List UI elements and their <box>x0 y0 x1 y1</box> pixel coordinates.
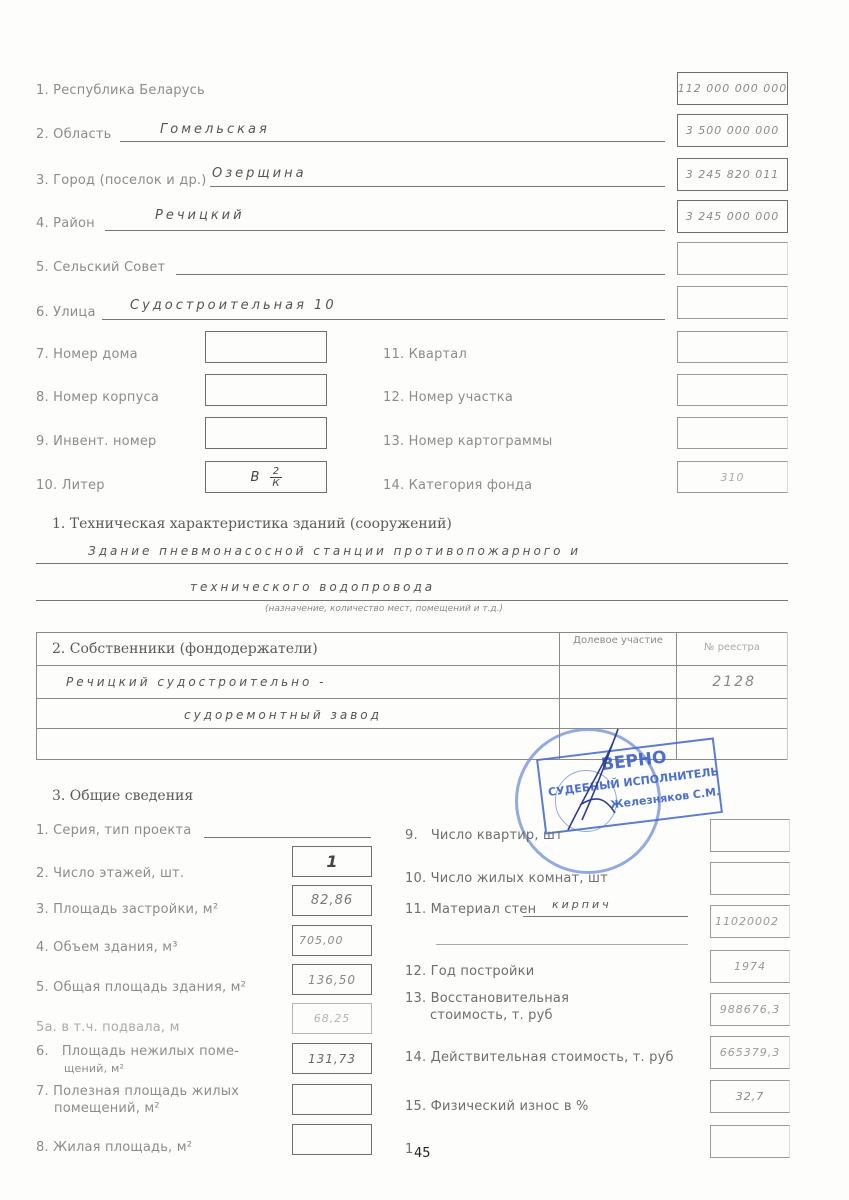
purpose-underline-2 <box>36 600 788 601</box>
wall-material-value[interactable]: кирпич <box>552 898 612 911</box>
floors-box[interactable]: 1 <box>292 846 372 877</box>
owners-table: 2. Собственники (фондодержатели) Долевое… <box>36 632 788 760</box>
field-8-label: 8. Номер корпуса <box>36 390 159 405</box>
field-5-underline[interactable] <box>176 274 665 275</box>
field-5-label: 5. Сельский Совет <box>36 260 165 275</box>
replacement-cost-box[interactable]: 988676,3 <box>710 993 790 1026</box>
series-label: 1. Серия, тип проекта <box>36 823 191 838</box>
fund-category-value: 310 <box>721 471 745 484</box>
total-area-label: 5. Общая площадь здания, м² <box>36 980 246 995</box>
field-1-code-box[interactable]: 112 000 000 000 <box>677 72 788 105</box>
purpose-caption: (назначение, количество мест, помещений … <box>265 604 503 614</box>
built-area-label: 3. Площадь застройки, м² <box>36 902 218 917</box>
building-purpose-line-1[interactable]: Здание пневмонасосной станции противопож… <box>88 544 581 558</box>
purpose-underline-1 <box>36 563 788 564</box>
inventory-number-box[interactable] <box>205 417 327 449</box>
field-4-label: 4. Район <box>36 216 95 231</box>
apartments-label: 9. Число квартир, шт <box>405 828 563 843</box>
field-5-code-box[interactable] <box>677 242 788 275</box>
section-3-title: 3. Общие сведения <box>52 788 193 804</box>
wall-material-code: 11020002 <box>715 915 779 928</box>
rooms-box[interactable] <box>710 862 790 895</box>
liter-box[interactable]: В 2 К <box>205 461 327 493</box>
field-14-label: 14. Категория фонда <box>383 478 532 493</box>
useful-living-area-label: 7. Полезная площадь жилых помещений, м² <box>36 1083 239 1117</box>
field-2-code: 3 500 000 000 <box>686 124 779 137</box>
field-10-label: 10. Литер <box>36 478 105 493</box>
field-2-underline <box>120 141 665 142</box>
nonresidential-area-box[interactable]: 131,73 <box>292 1043 372 1074</box>
field-13-label: 13. Номер картограммы <box>383 434 552 449</box>
field-4-code-box[interactable]: 3 245 000 000 <box>677 200 788 233</box>
volume-box[interactable]: 705,00 <box>292 925 372 956</box>
field-6-underline <box>102 319 665 320</box>
field-6-code-box[interactable] <box>677 286 788 319</box>
field-11-label: 11. Квартал <box>383 347 467 362</box>
field-3-code-box[interactable]: 3 245 820 011 <box>677 158 788 191</box>
field-4-value[interactable]: Речицкий <box>155 208 245 223</box>
floors-label: 2. Число этажей, шт. <box>36 866 184 881</box>
nonresidential-area-label: 6. Площадь нежилых поме- щений, м² <box>36 1043 239 1077</box>
volume-label: 4. Объем здания, м³ <box>36 940 178 955</box>
field-3-code: 3 245 820 011 <box>686 168 779 181</box>
field-6-label: 6. Улица <box>36 305 96 320</box>
cartogram-number-box[interactable] <box>677 417 788 449</box>
living-area-label: 8. Жилая площадь, м² <box>36 1140 192 1155</box>
liter-value: В <box>250 470 262 485</box>
total-area-box[interactable]: 136,50 <box>292 964 372 995</box>
field-3-value[interactable]: Озерщина <box>212 166 307 181</box>
registry-column-header: № реестра <box>677 642 787 653</box>
basement-area-box[interactable]: 68,25 <box>292 1003 372 1034</box>
wear-label: 15. Физический износ в % <box>405 1099 589 1114</box>
year-built-box[interactable]: 1974 <box>710 950 790 983</box>
floors-value: 1 <box>326 852 337 871</box>
owner-row-1[interactable]: Речицкий судостроительно - <box>66 675 326 689</box>
page-number: 45 <box>414 1146 431 1161</box>
useful-living-area-box[interactable] <box>292 1084 372 1115</box>
actual-cost-label: 14. Действительная стоимость, т. руб <box>405 1050 674 1065</box>
owner-row-2[interactable]: судоремонтный завод <box>184 708 382 722</box>
plot-number-box[interactable] <box>677 374 788 406</box>
wall-material-code-box[interactable]: 11020002 <box>710 905 790 938</box>
field-4-underline <box>105 230 665 231</box>
rooms-label: 10. Число жилых комнат, шт <box>405 871 608 886</box>
field-4-code: 3 245 000 000 <box>686 210 779 223</box>
field-9-label: 9. Инвент. номер <box>36 434 157 449</box>
field-12-label: 12. Номер участка <box>383 390 513 405</box>
replacement-cost-label: 13. Восстановительная стоимость, т. руб <box>405 990 569 1024</box>
signature-icon <box>560 725 630 835</box>
liter-fraction: 2 К <box>270 466 281 489</box>
apartments-box[interactable] <box>710 819 790 852</box>
field-7-label: 7. Номер дома <box>36 347 138 362</box>
year-built-label: 12. Год постройки <box>405 964 534 979</box>
actual-cost-box[interactable]: 665379,3 <box>710 1036 790 1069</box>
field-6-value[interactable]: Судостроительная 10 <box>130 298 337 313</box>
block-box[interactable] <box>677 331 788 363</box>
field-16-box[interactable] <box>710 1125 790 1158</box>
wall-material-underline-2 <box>436 944 688 945</box>
building-number-box[interactable] <box>205 374 327 406</box>
living-area-box[interactable] <box>292 1124 372 1155</box>
wall-material-label: 11. Материал стен <box>405 902 536 917</box>
series-underline[interactable] <box>204 837 371 838</box>
field-3-underline <box>210 186 665 187</box>
built-area-box[interactable]: 82,86 <box>292 885 372 916</box>
basement-area-label: 5а. в т.ч. подвала, м <box>36 1020 180 1035</box>
field-2-label: 2. Область <box>36 127 111 142</box>
field-1-code: 112 000 000 000 <box>678 82 787 95</box>
share-column-header: Долевое участие <box>560 634 676 648</box>
section-1-title: 1. Техническая характеристика зданий (со… <box>52 516 452 532</box>
field-2-value[interactable]: Гомельская <box>160 122 270 137</box>
fund-category-box[interactable]: 310 <box>677 461 788 493</box>
field-1-label: 1. Республика Беларусь <box>36 83 205 98</box>
building-purpose-line-2[interactable]: технического водопровода <box>190 580 435 594</box>
house-number-box[interactable] <box>205 331 327 363</box>
field-3-label: 3. Город (поселок и др.) <box>36 173 207 188</box>
wall-material-underline <box>523 916 688 917</box>
section-2-title: 2. Собственники (фондодержатели) <box>52 641 318 657</box>
registry-number[interactable]: 2128 <box>676 674 756 690</box>
wear-box[interactable]: 32,7 <box>710 1080 790 1113</box>
field-2-code-box[interactable]: 3 500 000 000 <box>677 114 788 147</box>
field-16-label: 1 <box>405 1142 413 1157</box>
